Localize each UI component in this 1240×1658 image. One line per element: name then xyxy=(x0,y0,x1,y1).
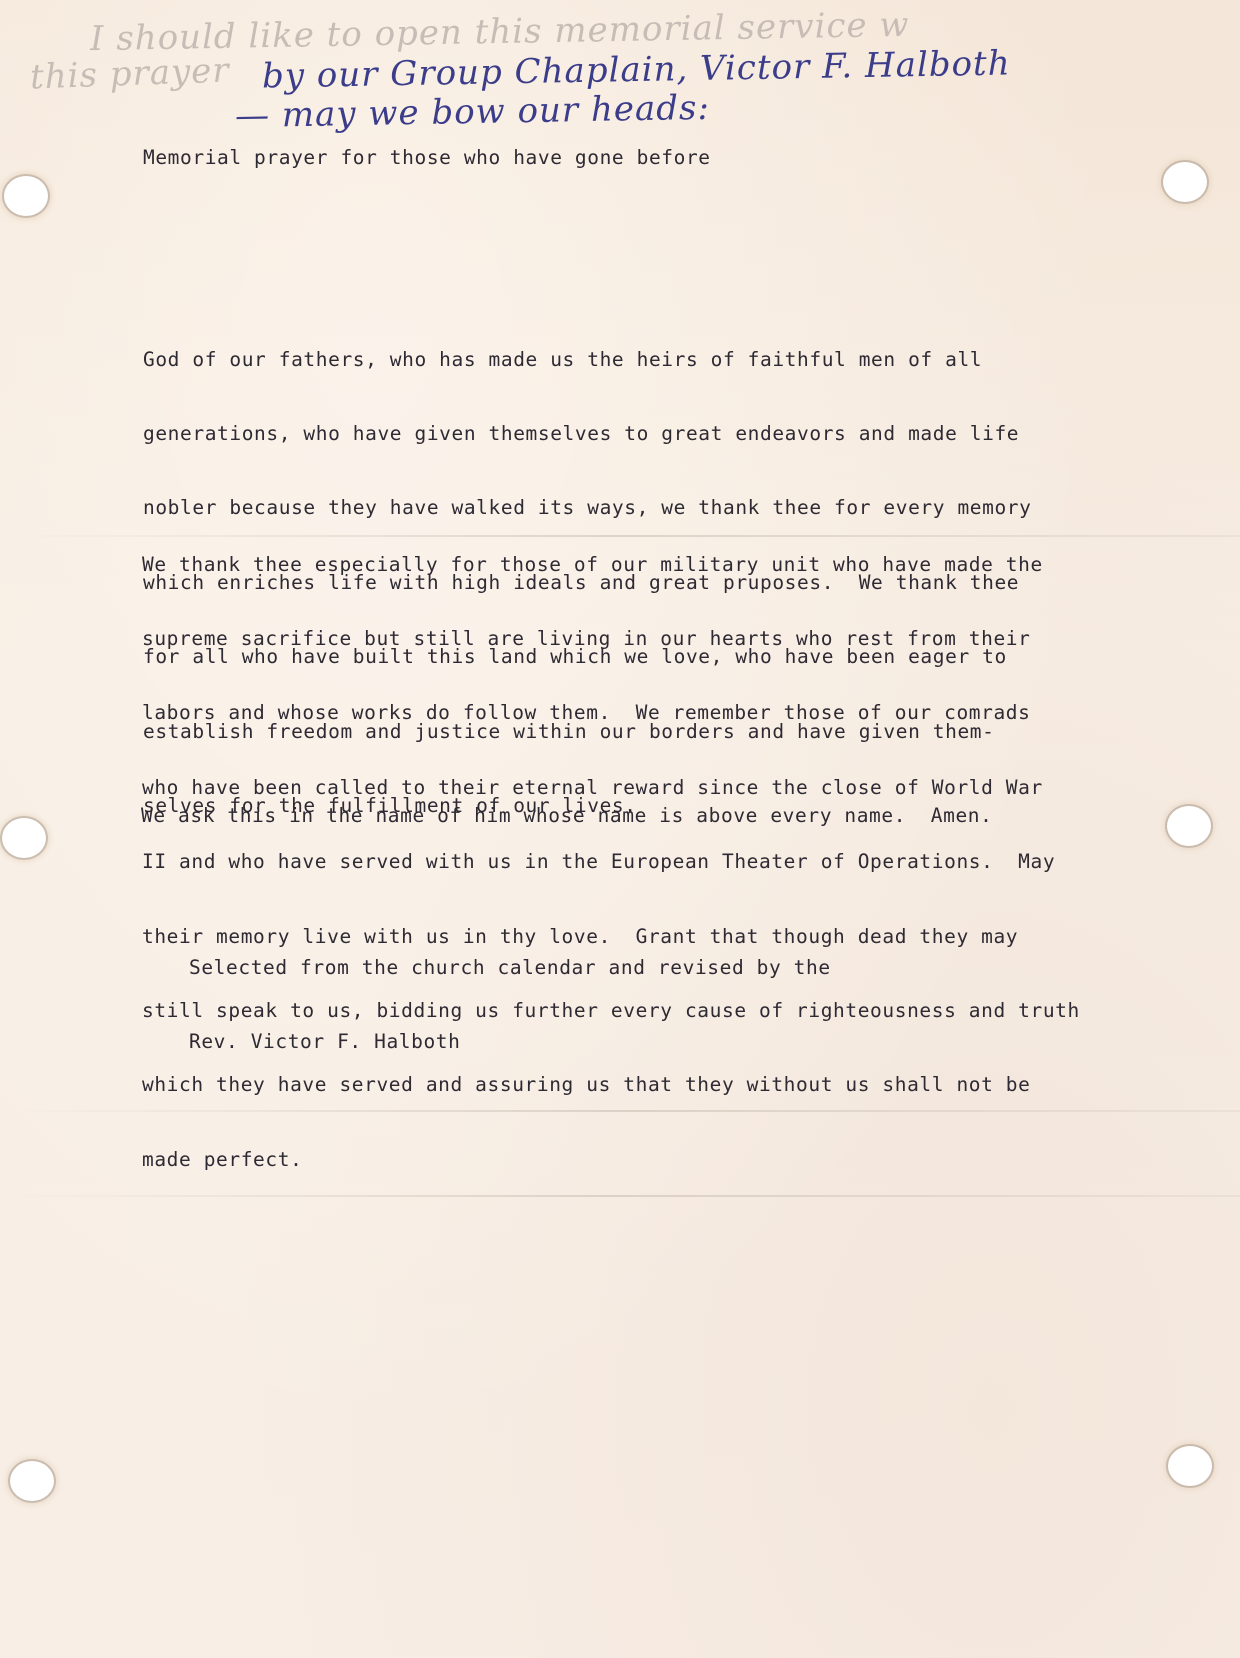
handwritten-ink-line-3: — may we bow our heads: xyxy=(235,88,711,136)
punch-hole-left-middle xyxy=(2,818,46,858)
text-line: labors and whose works do follow them. W… xyxy=(142,701,1080,726)
attribution-line-1: Selected from the church calendar and re… xyxy=(189,956,831,981)
attribution-line-2: Rev. Victor F. Halboth xyxy=(189,1030,831,1055)
text-line: supreme sacrifice but still are living i… xyxy=(142,627,1080,652)
text-line: generations, who have given themselves t… xyxy=(143,422,1031,447)
text-line: We ask this in the name of him whose nam… xyxy=(141,804,992,829)
handwritten-pencil-line-2: this prayer xyxy=(29,51,230,98)
punch-hole-right-bottom xyxy=(1168,1446,1212,1486)
text-line: II and who have served with us in the Eu… xyxy=(142,850,1080,875)
punch-hole-left-bottom xyxy=(10,1461,54,1501)
text-line: God of our fathers, who has made us the … xyxy=(143,348,1031,373)
attribution: Selected from the church calendar and re… xyxy=(189,906,831,1080)
prayer-closing: We ask this in the name of him whose nam… xyxy=(141,754,992,853)
text-line: We thank thee especially for those of ou… xyxy=(142,553,1080,578)
document-title: Memorial prayer for those who have gone … xyxy=(143,146,711,171)
punch-hole-right-top xyxy=(1163,162,1207,202)
text-line: made perfect. xyxy=(142,1148,1080,1173)
punch-hole-right-middle xyxy=(1167,806,1211,846)
punch-hole-left-top xyxy=(4,176,48,216)
